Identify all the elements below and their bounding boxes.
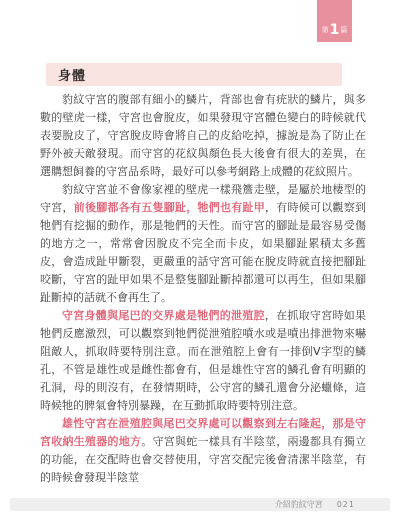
footer-page-number: 021 [337, 500, 355, 509]
chapter-badge-suffix: 篇 [340, 23, 347, 37]
paragraph: 雄性守宮在泄殖腔與尾巴交界處可以觀察到左右隆起，那是守宮收納生殖器的地方。守宮與… [40, 415, 366, 487]
section-title: 身體 [58, 65, 86, 84]
footer-section-label: 介紹豹紋守宮 [275, 499, 323, 510]
text-segment: ，在抓取守宮時如果牠們反應激烈，可以觀察到牠們從泄殖腔噴水或是噴出排泄物來嚇阻敵… [40, 309, 366, 412]
footer-bar: 介紹豹紋守宮 021 [10, 498, 390, 511]
chapter-badge: 第 1 篇 [317, 0, 352, 42]
paragraph: 守宮身體與尾巴的交界處是牠們的泄殖腔，在抓取守宮時如果牠們反應激烈，可以觀察到牠… [40, 307, 366, 415]
text-segment: 豹紋守宮的腹部有細小的鱗片，背部也會有疣狀的鱗片，與多數的壁虎一樣，守宮也會脫皮… [40, 93, 366, 178]
body-text: 豹紋守宮的腹部有細小的鱗片，背部也會有疣狀的鱗片，與多數的壁虎一樣，守宮也會脫皮… [40, 91, 366, 487]
highlighted-text-segment: 守宮身體與尾巴的交界處是牠們的泄殖腔 [62, 309, 265, 322]
book-page: { "page": { "chapter_badge": { "prefix":… [0, 0, 400, 527]
paragraph: 豹紋守宮的腹部有細小的鱗片，背部也會有疣狀的鱗片，與多數的壁虎一樣，守宮也會脫皮… [40, 91, 366, 181]
paragraph: 豹紋守宮並不會像家裡的壁虎一樣飛簷走壁，是屬於地棲型的守宮，前後腳都各有五隻腳趾… [40, 181, 366, 307]
chapter-badge-prefix: 第 [322, 23, 329, 37]
section-title-bar: 身體 [46, 63, 342, 86]
chapter-badge-number: 1 [330, 23, 340, 37]
text-segment: ，有時候可以觀察到牠們有挖掘的動作，那是牠們的天性。而守宮的腳趾是最容易受傷的地… [40, 201, 366, 304]
highlighted-text-segment: 前後腳都各有五隻腳趾，牠們也有趾甲 [74, 201, 265, 214]
